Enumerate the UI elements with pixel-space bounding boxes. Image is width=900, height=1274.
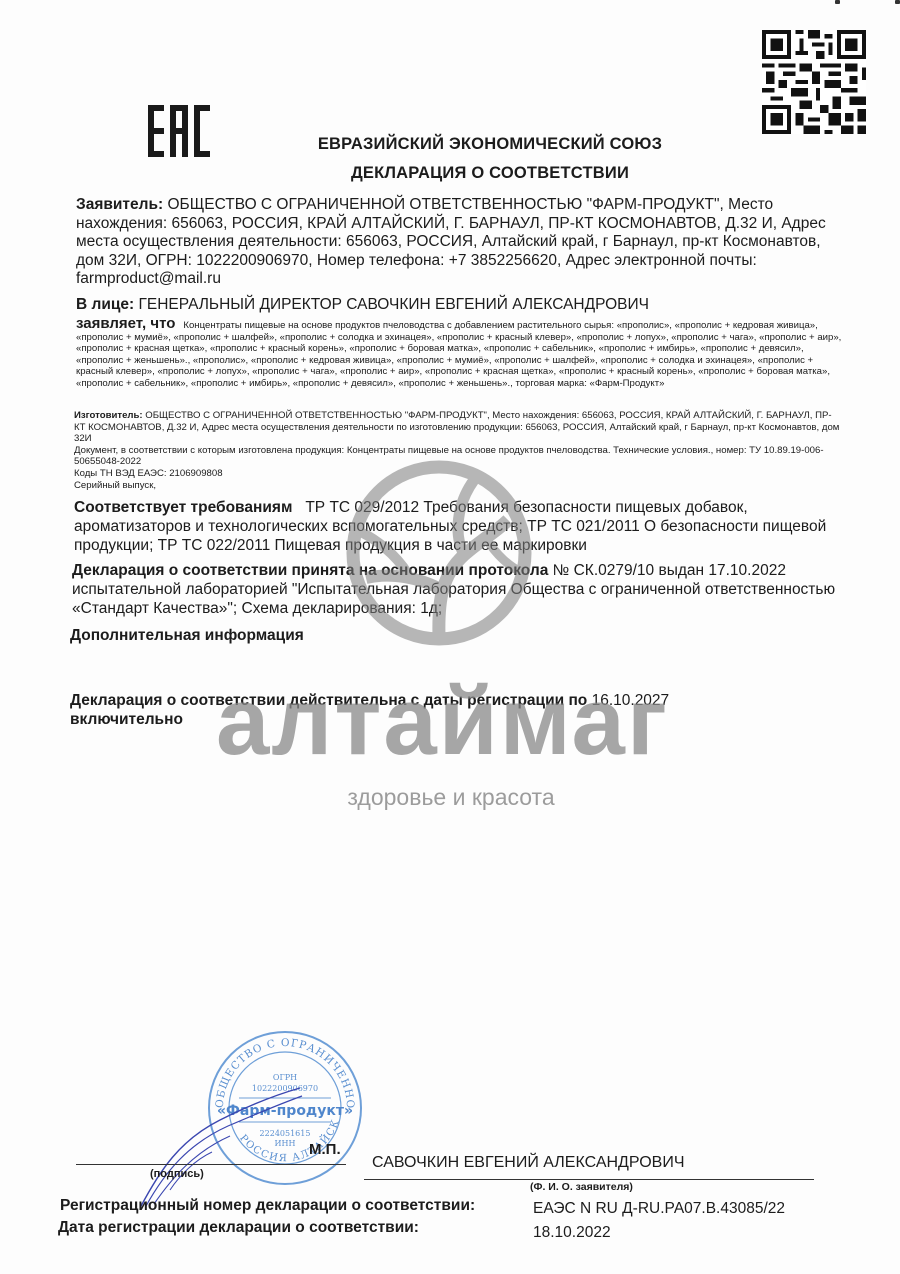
protocol-label: Декларация о соответствии принята на осн… [72,562,548,579]
seal-place-label: М.П. [309,1141,341,1158]
union-title: ЕВРАЗИЙСКИЙ ЭКОНОМИЧЕСКИЙ СОЮЗ [0,135,900,154]
stamp-ogrn-label: ОГРН [273,1073,297,1082]
signature-caption: (подпись) [150,1168,204,1180]
slogan-watermark: здоровье и красота [226,784,676,811]
representative-label: В лице: [76,296,134,313]
registration-date-label: Дата регистрации декларации о соответств… [58,1219,419,1237]
product-list: Концентраты пищевые на основе продуктов … [76,320,841,389]
conformity-section: Соответствует требованиям ТР ТС 029/2012… [74,498,840,555]
validity-date: 16.10.2027 [592,692,670,709]
registration-number-label: Регистрационный номер декларации о соотв… [60,1197,475,1215]
validity-suffix: включительно [70,711,183,728]
stamp-company-name: «Фарм-продукт» [217,1103,353,1119]
scan-speck [835,0,840,4]
applicant-section: Заявитель: ОБЩЕСТВО С ОГРАНИЧЕННОЙ ОТВЕТ… [76,196,840,289]
declaration-page: ЕВРАЗИЙСКИЙ ЭКОНОМИЧЕСКИЙ СОЮЗ ДЕКЛАРАЦИ… [0,0,900,1274]
tn-ved-code: Коды ТН ВЭД ЕАЭС: 2106909808 [74,468,840,480]
signer-name-line [364,1179,814,1180]
registration-number: ЕАЭС N RU Д-RU.РА07.В.43085/22 [533,1200,785,1218]
manufacturer-label: Изготовитель: [74,410,143,421]
additional-info-heading: Дополнительная информация [70,627,834,645]
manufacturer-text: ОБЩЕСТВО С ОГРАНИЧЕННОЙ ОТВЕТСТВЕННОСТЬЮ… [74,410,839,444]
stamp-ogrn: 1022200906970 [252,1084,318,1093]
applicant-label: Заявитель: [76,196,163,213]
conformity-label: Соответствует требованиям [74,499,292,516]
svg-text:ОБЩЕСТВО С ОГРАНИЧЕННОЙ ОТВЕТС: ОБЩЕСТВО С ОГРАНИЧЕННОЙ ОТВЕТСТВЕННОСТЬЮ [205,1028,356,1110]
representative-section: В лице: ГЕНЕРАЛЬНЫЙ ДИРЕКТОР САВОЧКИН ЕВ… [76,296,840,314]
stamp-inn: 2224051615 [260,1129,311,1138]
signer-name: САВОЧКИН ЕВГЕНИЙ АЛЕКСАНДРОВИЧ [372,1154,684,1172]
qr-code-icon[interactable] [762,30,866,134]
representative-text: ГЕНЕРАЛЬНЫЙ ДИРЕКТОР САВОЧКИН ЕВГЕНИЙ АЛ… [139,296,649,313]
validity-label: Декларация о соответствии действительна … [70,692,587,709]
batch-type: Серийный выпуск, [74,480,840,492]
signer-caption: (Ф. И. О. заявителя) [530,1181,633,1193]
manufacturer-section: Изготовитель: ОБЩЕСТВО С ОГРАНИЧЕННОЙ ОТ… [74,410,840,491]
tech-document: Документ, в соответствии с которым изгот… [74,445,840,468]
applicant-text: ОБЩЕСТВО С ОГРАНИЧЕННОЙ ОТВЕТСТВЕННОСТЬЮ… [76,196,826,287]
stamp-inn-label: ИНН [275,1139,296,1148]
declares-label: заявляет, что [76,315,175,332]
document-title: ДЕКЛАРАЦИЯ О СООТВЕТСТВИИ [0,164,900,183]
product-description: заявляет, чтоКонцентраты пищевые на осно… [76,318,842,390]
registration-date: 18.10.2022 [533,1224,611,1242]
scan-speck [895,0,900,4]
validity-section: Декларация о соответствии действительна … [70,691,770,729]
protocol-section: Декларация о соответствии принята на осн… [72,561,842,618]
stamp-ring-top: ОБЩЕСТВО С ОГРАНИЧЕННОЙ ОТВЕТСТВЕННОСТЬЮ [205,1028,356,1110]
signature-line [76,1164,346,1165]
